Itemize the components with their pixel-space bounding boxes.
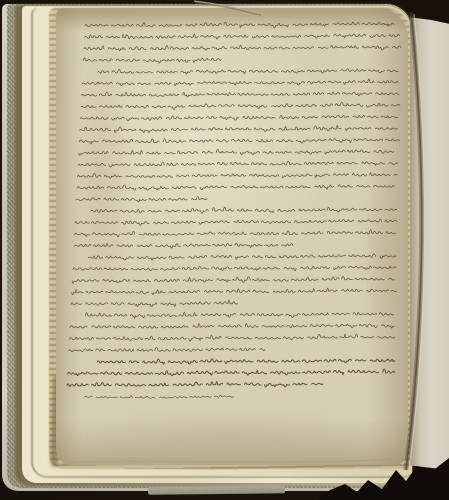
scanned-book-photo bbox=[0, 0, 449, 500]
handwriting-line bbox=[67, 381, 323, 387]
handwriting-line bbox=[79, 149, 394, 155]
handwriting-line bbox=[84, 34, 399, 39]
handwriting-layer bbox=[0, 0, 449, 500]
handwriting-line bbox=[80, 115, 397, 120]
handwriting-line bbox=[72, 288, 397, 295]
handwriting-line bbox=[80, 126, 398, 133]
handwriting-line bbox=[77, 185, 395, 190]
handwriting-line bbox=[73, 266, 397, 271]
handwriting-line bbox=[72, 276, 395, 283]
handwriting-line bbox=[78, 173, 398, 179]
handwriting-line bbox=[69, 334, 395, 341]
handwriting-line bbox=[82, 92, 400, 97]
handwriting-line bbox=[84, 45, 401, 50]
handwriting-line bbox=[83, 58, 221, 63]
handwriting-line bbox=[75, 219, 397, 225]
handwriting-line bbox=[69, 347, 265, 351]
bottom-tab bbox=[148, 485, 285, 494]
handwriting-line bbox=[81, 102, 400, 109]
handwriting-line bbox=[82, 79, 398, 86]
handwriting-line bbox=[91, 207, 397, 213]
handwriting-line bbox=[96, 395, 233, 398]
handwriting-line bbox=[98, 69, 398, 74]
handwriting-line bbox=[86, 312, 394, 318]
handwriting-line bbox=[88, 254, 396, 260]
handwriting-line bbox=[85, 396, 93, 397]
handwriting-line bbox=[71, 300, 238, 307]
handwriting-line bbox=[75, 230, 396, 237]
handwriting-line bbox=[70, 323, 394, 328]
handwriting-line bbox=[68, 369, 395, 376]
handwriting-line bbox=[85, 22, 394, 28]
handwriting-line bbox=[76, 197, 207, 202]
handwriting-line bbox=[78, 161, 398, 167]
handwriting-line bbox=[97, 359, 394, 365]
handwriting-line bbox=[79, 138, 399, 144]
handwriting-line bbox=[74, 243, 293, 248]
